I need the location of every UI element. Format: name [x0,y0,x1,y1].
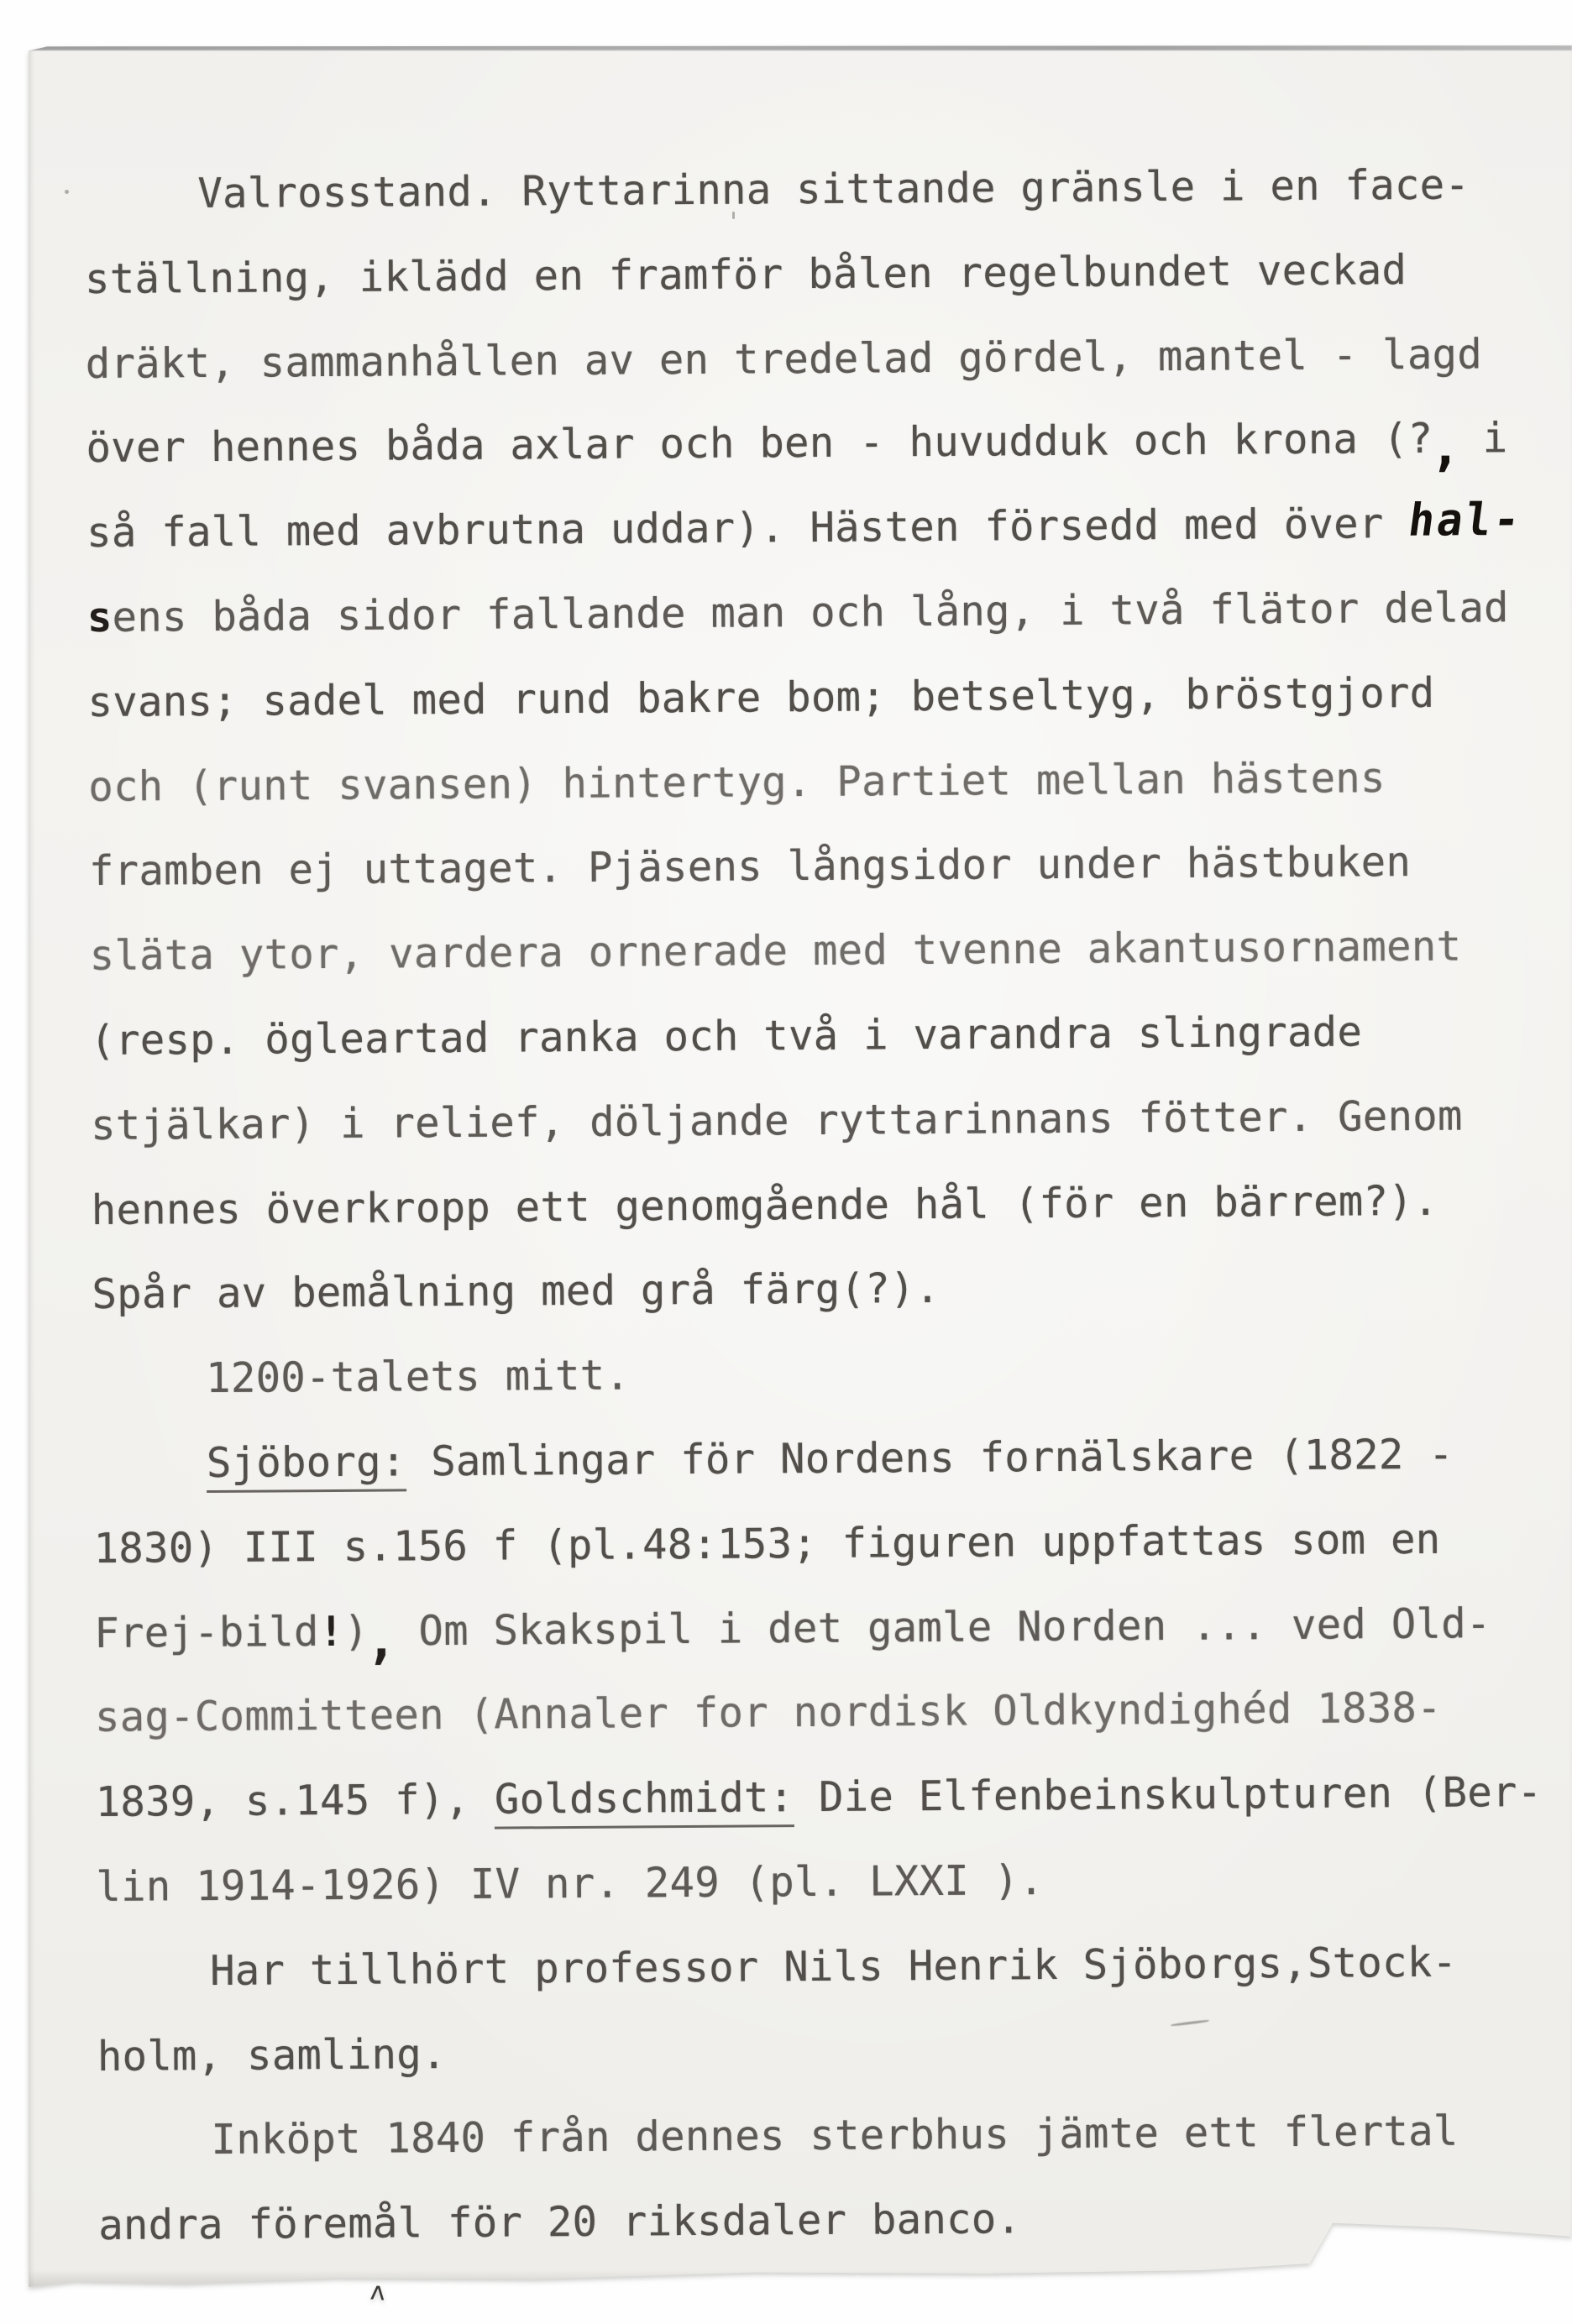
typed-text: ställning, iklädd en framför bålen regel… [85,246,1407,303]
text-line-11: (resp. ögleartad ranka och två i varandr… [90,989,1569,1084]
typed-text: lin 1914-1926) IV nr. 249 (pl. LXXI ). [96,1856,1044,1911]
text-line-9: framben ej uttaget. Pjäsens långsidor un… [89,819,1568,914]
text-line-7: svans; sadel med rund bakre bom; betselt… [87,650,1566,745]
typed-text: stjälkar) i relief, döljande ryttarinnan… [91,1091,1463,1149]
text-line-14: Spår av bemålning med grå färg(?). [92,1243,1570,1337]
typed-text: Har tillhört professor Nils Henrik Sjöbo… [210,1938,1457,1994]
typed-text: över hennes båda axlar och ben - huvuddu… [86,415,1433,472]
typed-text: (resp. ögleartad ranka och två i varandr… [90,1008,1362,1065]
typed-text: Die Elfenbeinskulpturen (Ber- [794,1768,1542,1821]
text-line-8: och (runt svansen) hintertyg. Partiet me… [88,735,1567,830]
text-line-17: 1830) III s.156 f (pl.48:153; figuren up… [93,1496,1572,1591]
paper-speck [732,212,735,219]
underlined-typed-text: Goldschmidt: [495,1773,794,1829]
typed-text: svans; sadel med rund bakre bom; betselt… [87,669,1434,726]
text-line-2: ställning, iklädd en framför bålen regel… [85,228,1564,322]
typed-text: släta ytor, vardera ornerade med tvenne … [89,923,1461,980]
typed-text: Spår av bemålning med grå färg(?). [92,1264,940,1318]
typed-text: Om Skakspil i det gamle Norden ... ved O… [394,1599,1491,1655]
typed-text: och (runt svansen) hintertyg. Partiet me… [88,754,1386,811]
text-line-21: lin 1914-1926) IV nr. 249 (pl. LXXI ). [96,1835,1572,1930]
text-line-5: så fall med avbrutna uddar). Hästen förs… [86,481,1565,576]
handwritten-ink-mark: s [87,594,113,641]
text-line-20: 1839, s.145 f), Goldschmidt: Die Elfenbe… [95,1751,1572,1845]
text-line-15: 1200-talets mitt. [92,1327,1571,1422]
typed-text: Valrosstand. Ryttarinna sittande gränsle… [197,160,1470,217]
text-line-12: stjälkar) i relief, döljande ryttarinnan… [91,1073,1569,1168]
text-line-23: holm, samling. [97,2004,1572,2099]
paper-speck [65,190,69,194]
typed-text: sag-Committeen (Annaler for nordisk Oldk… [95,1684,1442,1741]
document-text: Valrosstand. Ryttarinna sittande gränsle… [84,143,1572,2269]
text-line-18: Frej-bild!), Om Skakspil i det gamle Nor… [94,1581,1572,1676]
text-line-19: sag-Committeen (Annaler for nordisk Oldk… [95,1666,1572,1761]
scanned-page: Valrosstand. Ryttarinna sittande gränsle… [0,0,1572,2324]
stray-caret-mark: ʌ [369,2276,386,2306]
text-line-16: Sjöborg: Samlingar för Nordens fornälska… [93,1412,1572,1507]
text-line-6: sens båda sidor fallande man och lång, i… [87,566,1566,661]
typed-text: Inköpt 1840 från dennes sterbhus jämte e… [211,2107,1458,2164]
typed-text: ens båda sidor fallande man och lång, i … [112,584,1509,641]
typed-text: holm, samling. [97,2030,447,2081]
text-line-13: hennes överkropp ett genomgående hål (fö… [91,1158,1569,1253]
text-line-3: dräkt, sammanhållen av en tredelad görde… [85,311,1564,406]
handwritten-ink-mark: ! [318,1607,343,1655]
torn-top-edge [29,45,1572,50]
typed-text: 1830) III s.156 f (pl.48:153; figuren up… [93,1515,1440,1573]
handwritten-word: hal- [1403,477,1528,567]
text-line-10: släta ytor, vardera ornerade med tvenne … [89,904,1568,999]
text-line-1: Valrosstand. Ryttarinna sittande gränsle… [84,143,1563,238]
typed-text: hennes överkropp ett genomgående hål (fö… [92,1176,1438,1233]
typed-text: andra föremål för 20 riksdaler banco. [98,2195,1021,2249]
typed-text: dräkt, sammanhållen av en tredelad görde… [86,330,1483,388]
typed-text: så fall med avbrutna uddar). Hästen förs… [86,500,1409,557]
typed-text: i [1458,415,1508,463]
text-line-24: Inköpt 1840 från dennes sterbhus jämte e… [97,2089,1572,2184]
typed-text: framben ej uttaget. Pjäsens långsidor un… [89,838,1412,895]
text-line-22: Har tillhört professor Nils Henrik Sjöbo… [97,1919,1572,2014]
typed-text: 1839, s.145 f), [96,1776,495,1826]
typed-text: Samlingar för Nordens fornälskare (1822 … [406,1431,1454,1486]
torn-bottom-edge [29,2270,1572,2290]
catalog-card: Valrosstand. Ryttarinna sittande gränsle… [29,45,1572,2290]
text-line-25: andra föremål för 20 riksdaler banco. [98,2174,1572,2269]
underlined-typed-text: Sjöborg: [207,1437,406,1493]
typed-text: 1200-talets mitt. [206,1352,630,1403]
text-line-4: över hennes båda axlar och ben - huvuddu… [86,396,1564,491]
typed-text: Frej-bild [94,1608,319,1657]
